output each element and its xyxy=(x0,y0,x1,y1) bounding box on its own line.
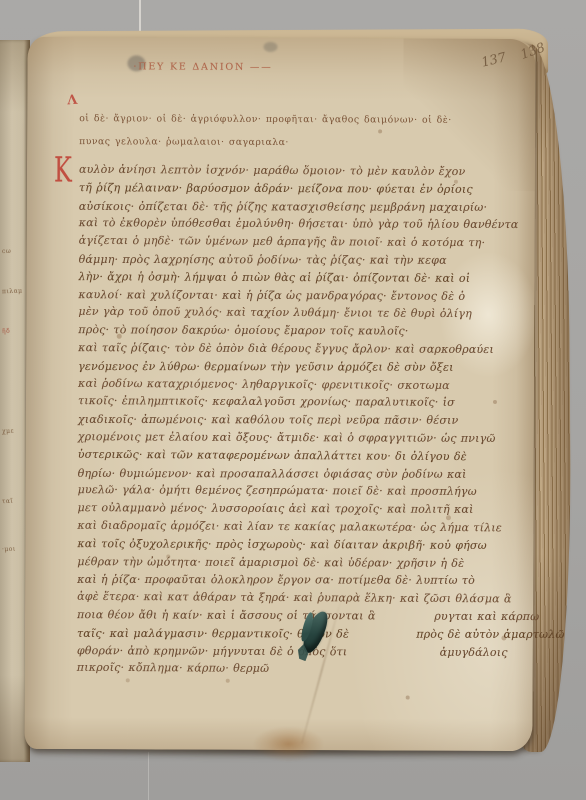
synonym-line: οἱ δὲ· ἄγριον· οἱ δὲ· ἀγριόφυλλον· προφῆ… xyxy=(79,107,523,132)
manuscript-page: ·ΠΕΥ ΚΕ ΔΑΝΙΟΝ —— 137 138 Λ οἱ δὲ· ἄγριο… xyxy=(24,37,535,751)
synonym-line: πυνας γελουλα· ῥωμαλαιοι· σαγαριαλα· xyxy=(79,130,523,155)
manuscript-text-line: μὲν γὰρ τοῦ ὀποῦ χυλός· καὶ ταχίον λυθάμ… xyxy=(78,303,518,323)
manuscript-text-line: καὶ ταῖς ῥίζαις· τὸν δὲ ὀπὸν διὰ θέρους … xyxy=(78,339,518,359)
manuscript-text-line: χιαδικοῖς· ἀπωμένοις· καὶ καθόλου τοῖς π… xyxy=(78,411,518,430)
manuscript-text-line: ταῖς· καὶ μαλάγμασιν· θερμαντικοῖς· θύμο… xyxy=(77,625,517,644)
manuscript-text-line: χριομένοις μετ ἐλαίου καὶ ὄξους· ἄτμιδε·… xyxy=(78,428,518,448)
manuscript-text-line: θάμμη· πρὸς λαχρηίσης αὐτοῦ ῥοδίνω· τὰς … xyxy=(79,251,519,270)
manuscript-text-line: μετ οὐλαμμανὸ μένος· λυσσοροίαις ἀεὶ καὶ… xyxy=(77,499,517,519)
manuscript-text-line: καὶ διαδρομαῖς ἁρμόζει· καὶ λίαν τε κακί… xyxy=(77,517,517,537)
chapter-rubric: ·ΠΕΥ ΚΕ ΔΑΝΙΟΝ —— xyxy=(133,61,272,73)
manuscript-text-line: μέθραν τὴν ὠμότητα· ποιεῖ ἀμαρισμοὶ δὲ· … xyxy=(77,553,517,573)
manuscript-text-line: γενόμενος ἐν λύθρω· θερμαίνων τὴν γεῦσιν… xyxy=(78,358,518,377)
facing-page-text-fragment: ἥδ xyxy=(2,328,10,335)
manuscript-text-line: μυελῶ· γάλα· ὀμήτι θεμένος ζεσηπρώματα· … xyxy=(78,481,518,501)
manuscript-text-line: πικροῖς· κὄπλημα· κάρπω· θερμῶ xyxy=(77,659,517,679)
manuscript-text-line: καὶ ῥοδίνω καταχριόμενος· ληθαργικοῖς· φ… xyxy=(78,374,518,394)
manuscript-text-line: ὑστερικῶς· καὶ τῶν καταφερομένων ἀπαλλάτ… xyxy=(78,445,518,465)
brown-stain xyxy=(252,726,324,762)
hanging-thread-bottom xyxy=(148,752,149,800)
manuscript-text-line: θηρίω· θυμιώμενον· καὶ προσαπαλλάσσει ὀφ… xyxy=(78,464,518,483)
manuscript-text-line: λὴν· ἄχρι ἡ ὀσμὴ· λήμψαι ὁ πιὼν θὰς αἱ ῥ… xyxy=(78,268,518,288)
synonym-lines: οἱ δὲ· ἄγριον· οἱ δὲ· ἀγριόφυλλον· προφῆ… xyxy=(79,107,523,155)
manuscript-text-line: τικοῖς· ἐπιλημπτικοῖς· κεφαλαλγοῦσι χρον… xyxy=(78,392,518,412)
facing-page-text-fragment: ταῖ xyxy=(2,498,13,505)
hanging-thread-top xyxy=(139,0,141,34)
manuscript-text-line: πρὸς· τὸ ποίησον δακρύω· ὁμοίους ἔμαρον … xyxy=(78,321,518,341)
foxing-spots xyxy=(28,37,30,39)
manuscript-text-line: τῆ ῥίζη μέλαιναν· βαρύοσμον ἁδράν· μείζο… xyxy=(79,179,519,199)
manuscript-text-line: αὐσίκοις· ὀπίζεται δὲ· τῆς ῥίζης κατασχι… xyxy=(79,197,519,216)
manuscript-text-line: καὶ τοῖς ὀξυχολερικῆς· πρὸς ἰσχωροὺς· κα… xyxy=(77,535,517,555)
paragraph-initial-kappa: Κ xyxy=(54,149,72,190)
facing-page-text-fragment: χμε xyxy=(2,428,14,435)
facing-page-text-fragment: ·μοι xyxy=(2,546,16,553)
manuscript-text-line: αυλὸν ἀνίησι λεπτὸν ἰσχνόν· μαράθω ὅμοιο… xyxy=(79,161,519,181)
margin-initial-lambda: Λ xyxy=(67,93,78,109)
main-text-lines: αυλὸν ἀνίησι λεπτὸν ἰσχνόν· μαράθω ὅμοιο… xyxy=(77,161,519,679)
manuscript-text-line: ἀφὲ ἕτερα· καὶ κατ ἀθάραν τὰ ξηρά· καὶ ῥ… xyxy=(77,588,517,608)
facing-page-text-fragment: ϲω xyxy=(2,248,12,255)
manuscript-text-line: ποια θέον ἄθι ἡ καίν· καὶ ἱ ἄσσους οἱ τά… xyxy=(77,606,517,626)
facing-page-text-fragment: πιλαμ xyxy=(2,288,23,296)
manuscript-text-line: ἁγίζεται ὁ μηδὲ· τῶν ὑμένων μεθ ἁρπαγῆς … xyxy=(79,232,519,252)
gray-smudge-small xyxy=(263,42,277,52)
